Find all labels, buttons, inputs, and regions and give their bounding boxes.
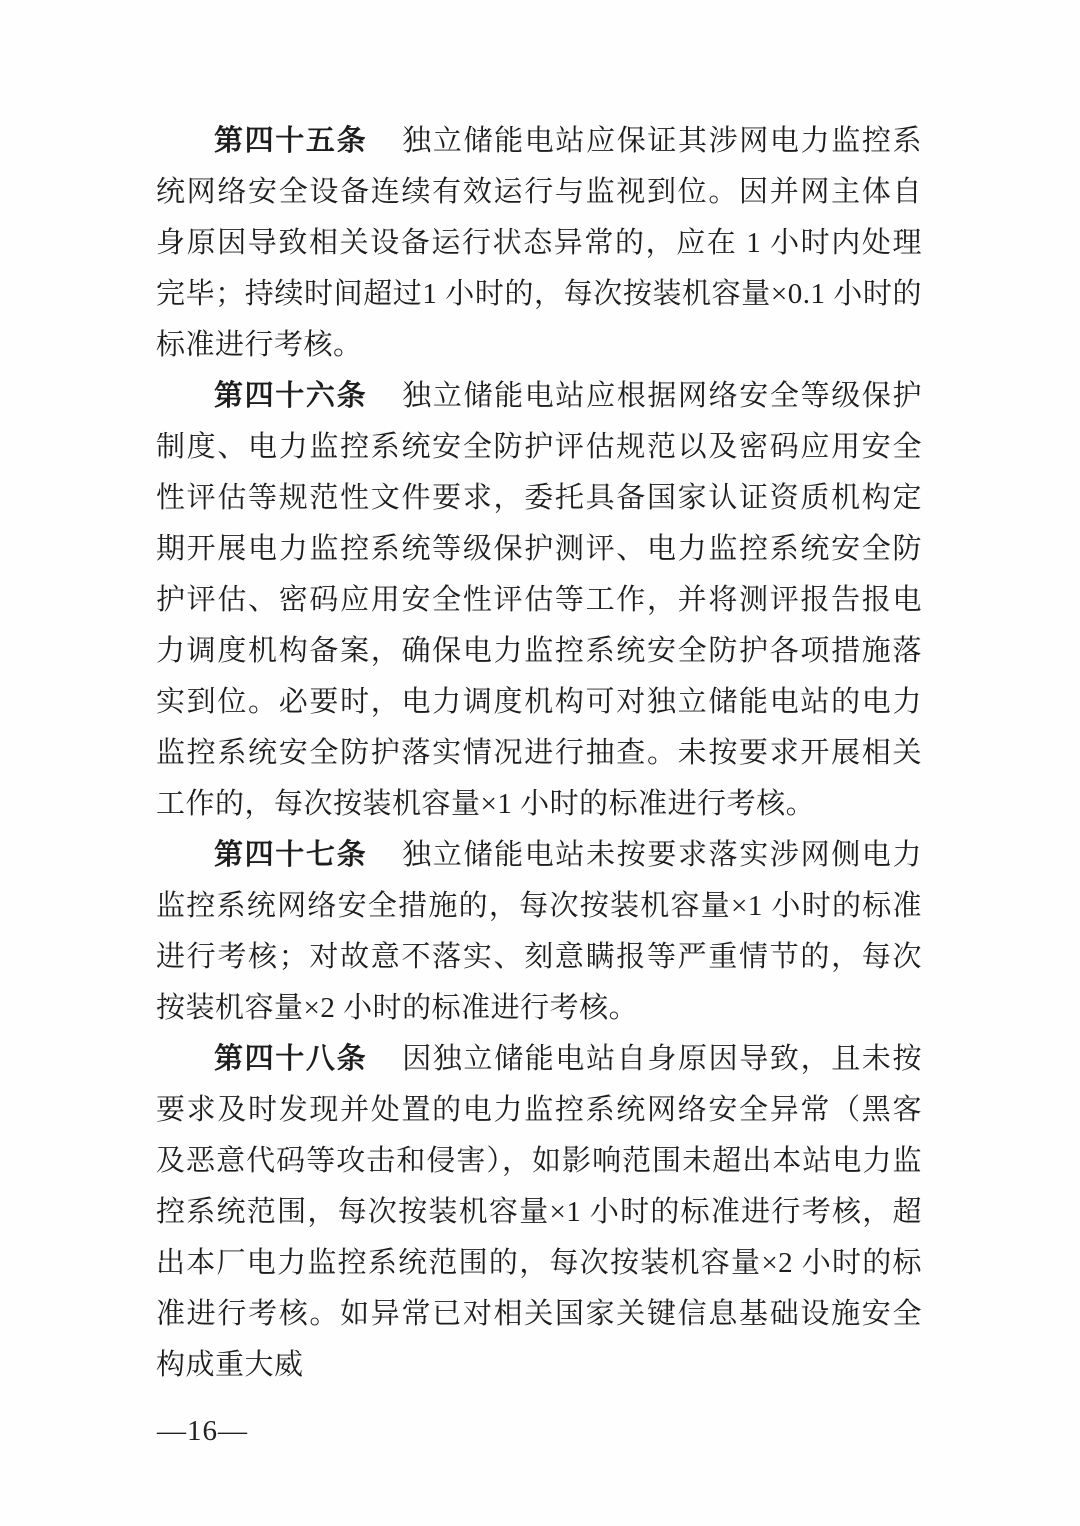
article-47-paragraph: 第四十七条 独立储能电站未按要求落实涉网侧电力监控系统网络安全措施的，每次按装机… <box>156 830 922 1034</box>
document-body: 第四十五条 独立储能电站应保证其涉网电力监控系统网络安全设备连续有效运行与监视到… <box>156 116 922 1391</box>
article-45-paragraph: 第四十五条 独立储能电站应保证其涉网电力监控系统网络安全设备连续有效运行与监视到… <box>156 116 922 371</box>
article-45-heading: 第四十五条 <box>214 125 367 157</box>
article-46-paragraph: 第四十六条 独立储能电站应根据网络安全等级保护制度、电力监控系统安全防护评估规范… <box>156 371 922 830</box>
article-46-heading: 第四十六条 <box>214 380 367 412</box>
page-number: —16— <box>157 1415 248 1448</box>
article-45-text: 独立储能电站应保证其涉网电力监控系统网络安全设备连续有效运行与监视到位。因并网主… <box>156 125 922 361</box>
article-48-text: 因独立储能电站自身原因导致，且未按要求及时发现并处置的电力监控系统网络安全异常（… <box>156 1043 922 1381</box>
article-48-heading: 第四十八条 <box>214 1043 367 1075</box>
article-48-paragraph: 第四十八条 因独立储能电站自身原因导致，且未按要求及时发现并处置的电力监控系统网… <box>156 1034 922 1391</box>
article-46-text: 独立储能电站应根据网络安全等级保护制度、电力监控系统安全防护评估规范以及密码应用… <box>156 380 922 820</box>
article-47-heading: 第四十七条 <box>214 839 367 871</box>
document-page: 第四十五条 独立储能电站应保证其涉网电力监控系统网络安全设备连续有效运行与监视到… <box>0 0 1080 1526</box>
